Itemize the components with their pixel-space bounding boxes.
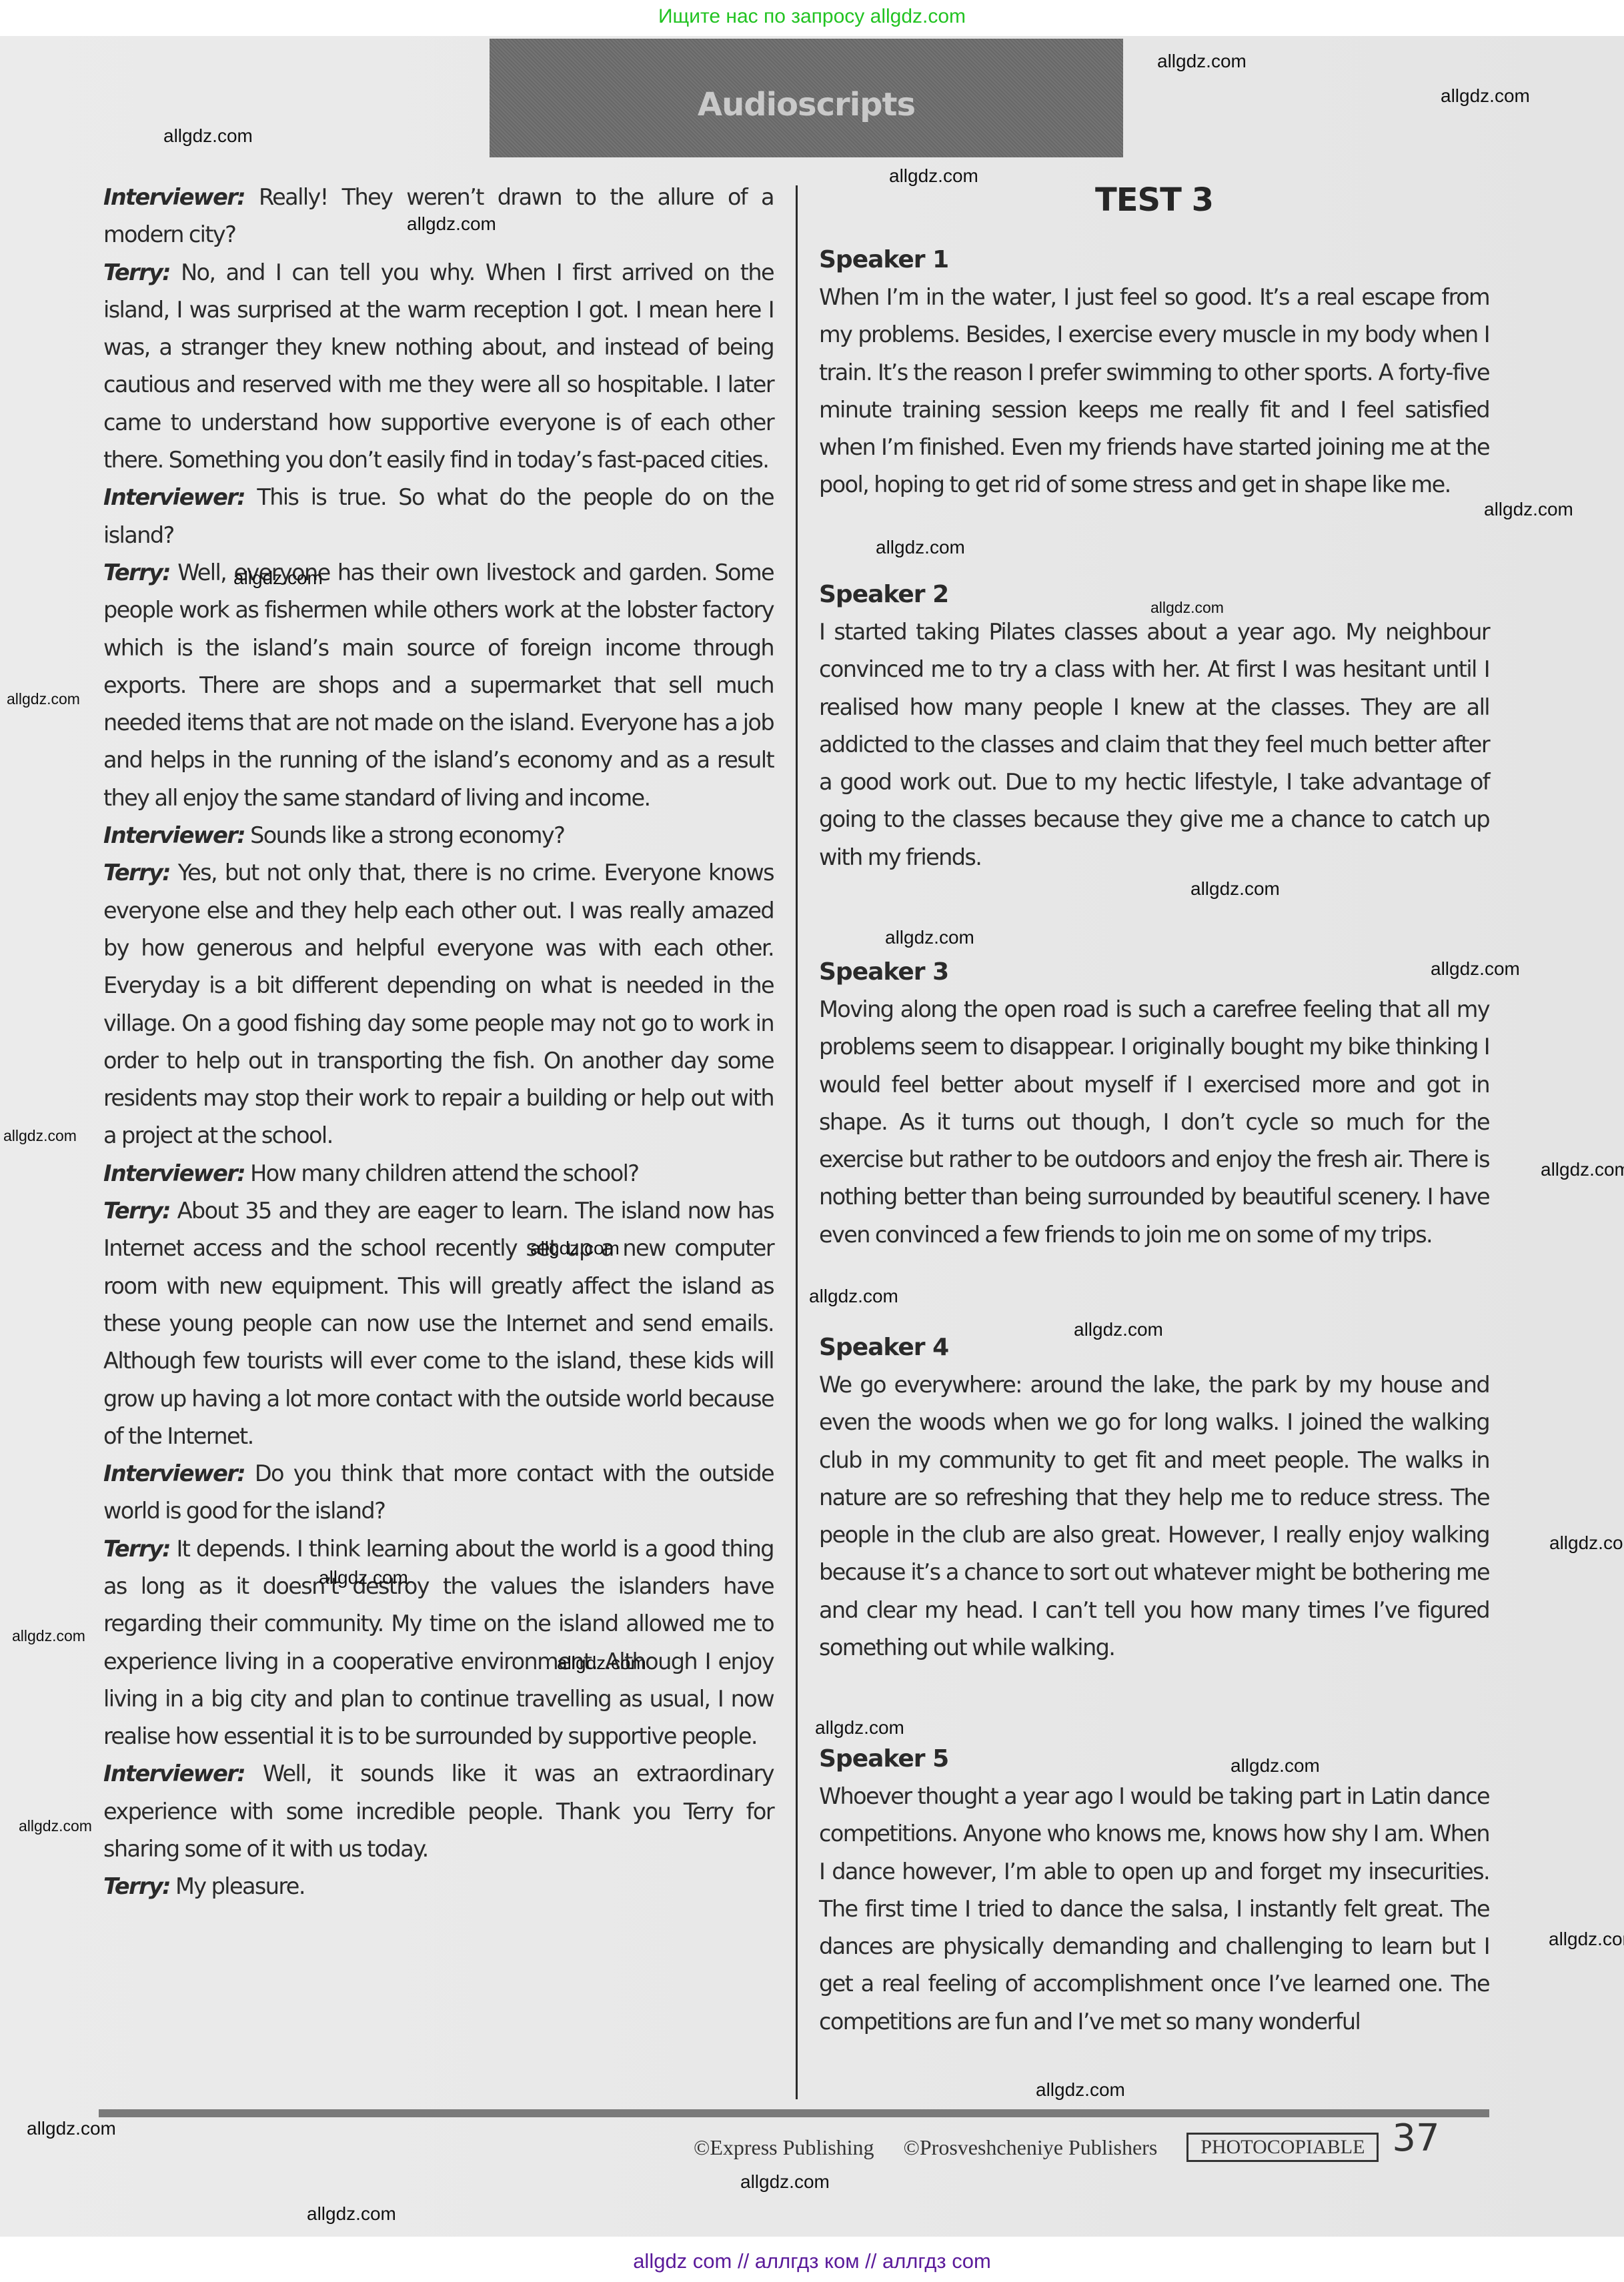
watermark: allgdz.com <box>1231 1755 1320 1777</box>
speaker-label: Terry: <box>103 1873 170 1899</box>
dialogue-turn: Terry: My pleasure. <box>103 1868 774 1905</box>
dialogue-turn: Interviewer: This is true. So what do th… <box>103 479 774 554</box>
watermark: allgdz.com <box>557 1652 646 1674</box>
turn-text: Sounds like a strong economy? <box>250 822 564 848</box>
watermark: allgdz.com <box>163 125 253 147</box>
watermark: allgdz.com <box>1441 85 1530 107</box>
speaker-text: I started taking Pilates classes about a… <box>819 614 1489 876</box>
turn-text: Well, everyone has their own livestock a… <box>103 559 774 811</box>
watermark: allgdz.com <box>1190 878 1280 900</box>
watermark: allgdz.com <box>740 2171 830 2193</box>
watermark: allgdz.com <box>885 927 974 948</box>
watermark: allgdz.com <box>1431 958 1520 980</box>
speaker-heading: Speaker 5 <box>819 1741 1489 1778</box>
dialogue-turn: Terry: It depends. I think learning abou… <box>103 1530 774 1756</box>
speaker-text: Moving along the open road is such a car… <box>819 991 1489 1254</box>
speaker-label: Terry: <box>103 559 170 586</box>
watermark: allgdz.com <box>876 537 965 558</box>
speaker-label: Terry: <box>103 1536 170 1562</box>
speaker-label: Terry: <box>103 1198 170 1224</box>
speaker-text: When I’m in the water, I just feel so go… <box>819 279 1489 504</box>
watermark: allgdz.com <box>889 165 978 187</box>
speaker-block-2: Speaker 2 I started taking Pilates class… <box>819 576 1489 876</box>
dialogue-turn: Terry: About 35 and they are eager to le… <box>103 1192 774 1455</box>
section-title: Audioscripts <box>698 86 915 123</box>
interview-column: Interviewer: Really! They weren’t drawn … <box>103 179 774 1906</box>
section-header: Audioscripts <box>490 39 1123 157</box>
watermark: allgdz.com <box>319 1567 408 1588</box>
speaker-label: Interviewer: <box>103 1160 245 1186</box>
watermark: allgdz.com <box>12 1627 85 1645</box>
photocopiable-badge: PHOTOCOPIABLE <box>1186 2133 1379 2162</box>
speaker-block-3: Speaker 3 Moving along the open road is … <box>819 954 1489 1254</box>
page-footer: ©Express Publishing ©Prosveshcheniye Pub… <box>694 2127 1440 2167</box>
watermark: allgdz.com <box>407 213 496 235</box>
watermark: allgdz.com <box>1036 2079 1125 2101</box>
column-divider <box>796 185 798 2099</box>
publisher-credit: ©Express Publishing <box>694 2135 874 2160</box>
speaker-block-4: Speaker 4 We go everywhere: around the l… <box>819 1329 1489 1666</box>
speaker-label: Interviewer: <box>103 1761 245 1787</box>
turn-text: My pleasure. <box>175 1873 305 1899</box>
watermark: allgdz.com <box>1074 1319 1163 1340</box>
turn-text: How many children attend the school? <box>250 1160 638 1186</box>
speaker-label: Interviewer: <box>103 822 245 848</box>
publisher-credit: ©Prosveshcheniye Publishers <box>904 2135 1158 2160</box>
page-number: 37 <box>1392 2117 1439 2160</box>
watermark: allgdz.com <box>1157 51 1247 72</box>
dialogue-turn: Terry: No, and I can tell you why. When … <box>103 254 774 479</box>
speaker-text: We go everywhere: around the lake, the p… <box>819 1366 1489 1666</box>
dialogue-turn: Interviewer: Well, it sounds like it was… <box>103 1755 774 1868</box>
watermark: allgdz.com <box>7 690 80 708</box>
dialogue-turn: Terry: Yes, but not only that, there is … <box>103 854 774 1154</box>
turn-text: Yes, but not only that, there is no crim… <box>103 860 774 1148</box>
top-search-banner: Ищите нас по запросу allgdz.com <box>0 0 1624 35</box>
watermark: allgdz.com <box>3 1127 77 1145</box>
watermark: allgdz.com <box>1549 1532 1624 1554</box>
watermark: allgdz.com <box>1484 499 1573 520</box>
speaker-label: Terry: <box>103 860 170 886</box>
watermark: allgdz.com <box>1549 1929 1624 1950</box>
speaker-label: Interviewer: <box>103 184 245 210</box>
speaker-heading: Speaker 1 <box>819 241 1489 279</box>
speaker-heading: Speaker 3 <box>819 954 1489 991</box>
watermark: allgdz.com <box>19 1817 92 1835</box>
turn-text: No, and I can tell you why. When I first… <box>103 259 774 473</box>
watermark: allgdz.com <box>1541 1159 1624 1180</box>
footer-rule <box>99 2109 1489 2117</box>
speaker-label: Terry: <box>103 259 170 285</box>
watermark: allgdz.com <box>530 1238 620 1259</box>
speaker-label: Interviewer: <box>103 484 245 510</box>
speaker-label: Interviewer: <box>103 1460 245 1486</box>
speaker-block-5: Speaker 5 Whoever thought a year ago I w… <box>819 1741 1489 2041</box>
watermark: allgdz.com <box>307 2203 396 2225</box>
dialogue-turn: Terry: Well, everyone has their own live… <box>103 554 774 817</box>
dialogue-turn: Interviewer: How many children attend th… <box>103 1155 774 1192</box>
watermark: allgdz.com <box>809 1286 898 1307</box>
speaker-block-1: Speaker 1 When I’m in the water, I just … <box>819 241 1489 504</box>
watermark: allgdz.com <box>233 567 323 589</box>
watermark: allgdz.com <box>815 1717 904 1739</box>
bottom-site-banner: allgdz com // аллгдз ком // аллгдз com <box>0 2241 1624 2282</box>
watermark: allgdz.com <box>1150 599 1224 617</box>
watermark: allgdz.com <box>27 2118 116 2139</box>
dialogue-turn: Interviewer: Sounds like a strong econom… <box>103 817 774 854</box>
dialogue-turn: Interviewer: Do you think that more cont… <box>103 1455 774 1530</box>
speaker-text: Whoever thought a year ago I would be ta… <box>819 1778 1489 2041</box>
turn-text: It depends. I think learning about the w… <box>103 1536 774 1749</box>
turn-text: About 35 and they are eager to learn. Th… <box>103 1198 774 1449</box>
